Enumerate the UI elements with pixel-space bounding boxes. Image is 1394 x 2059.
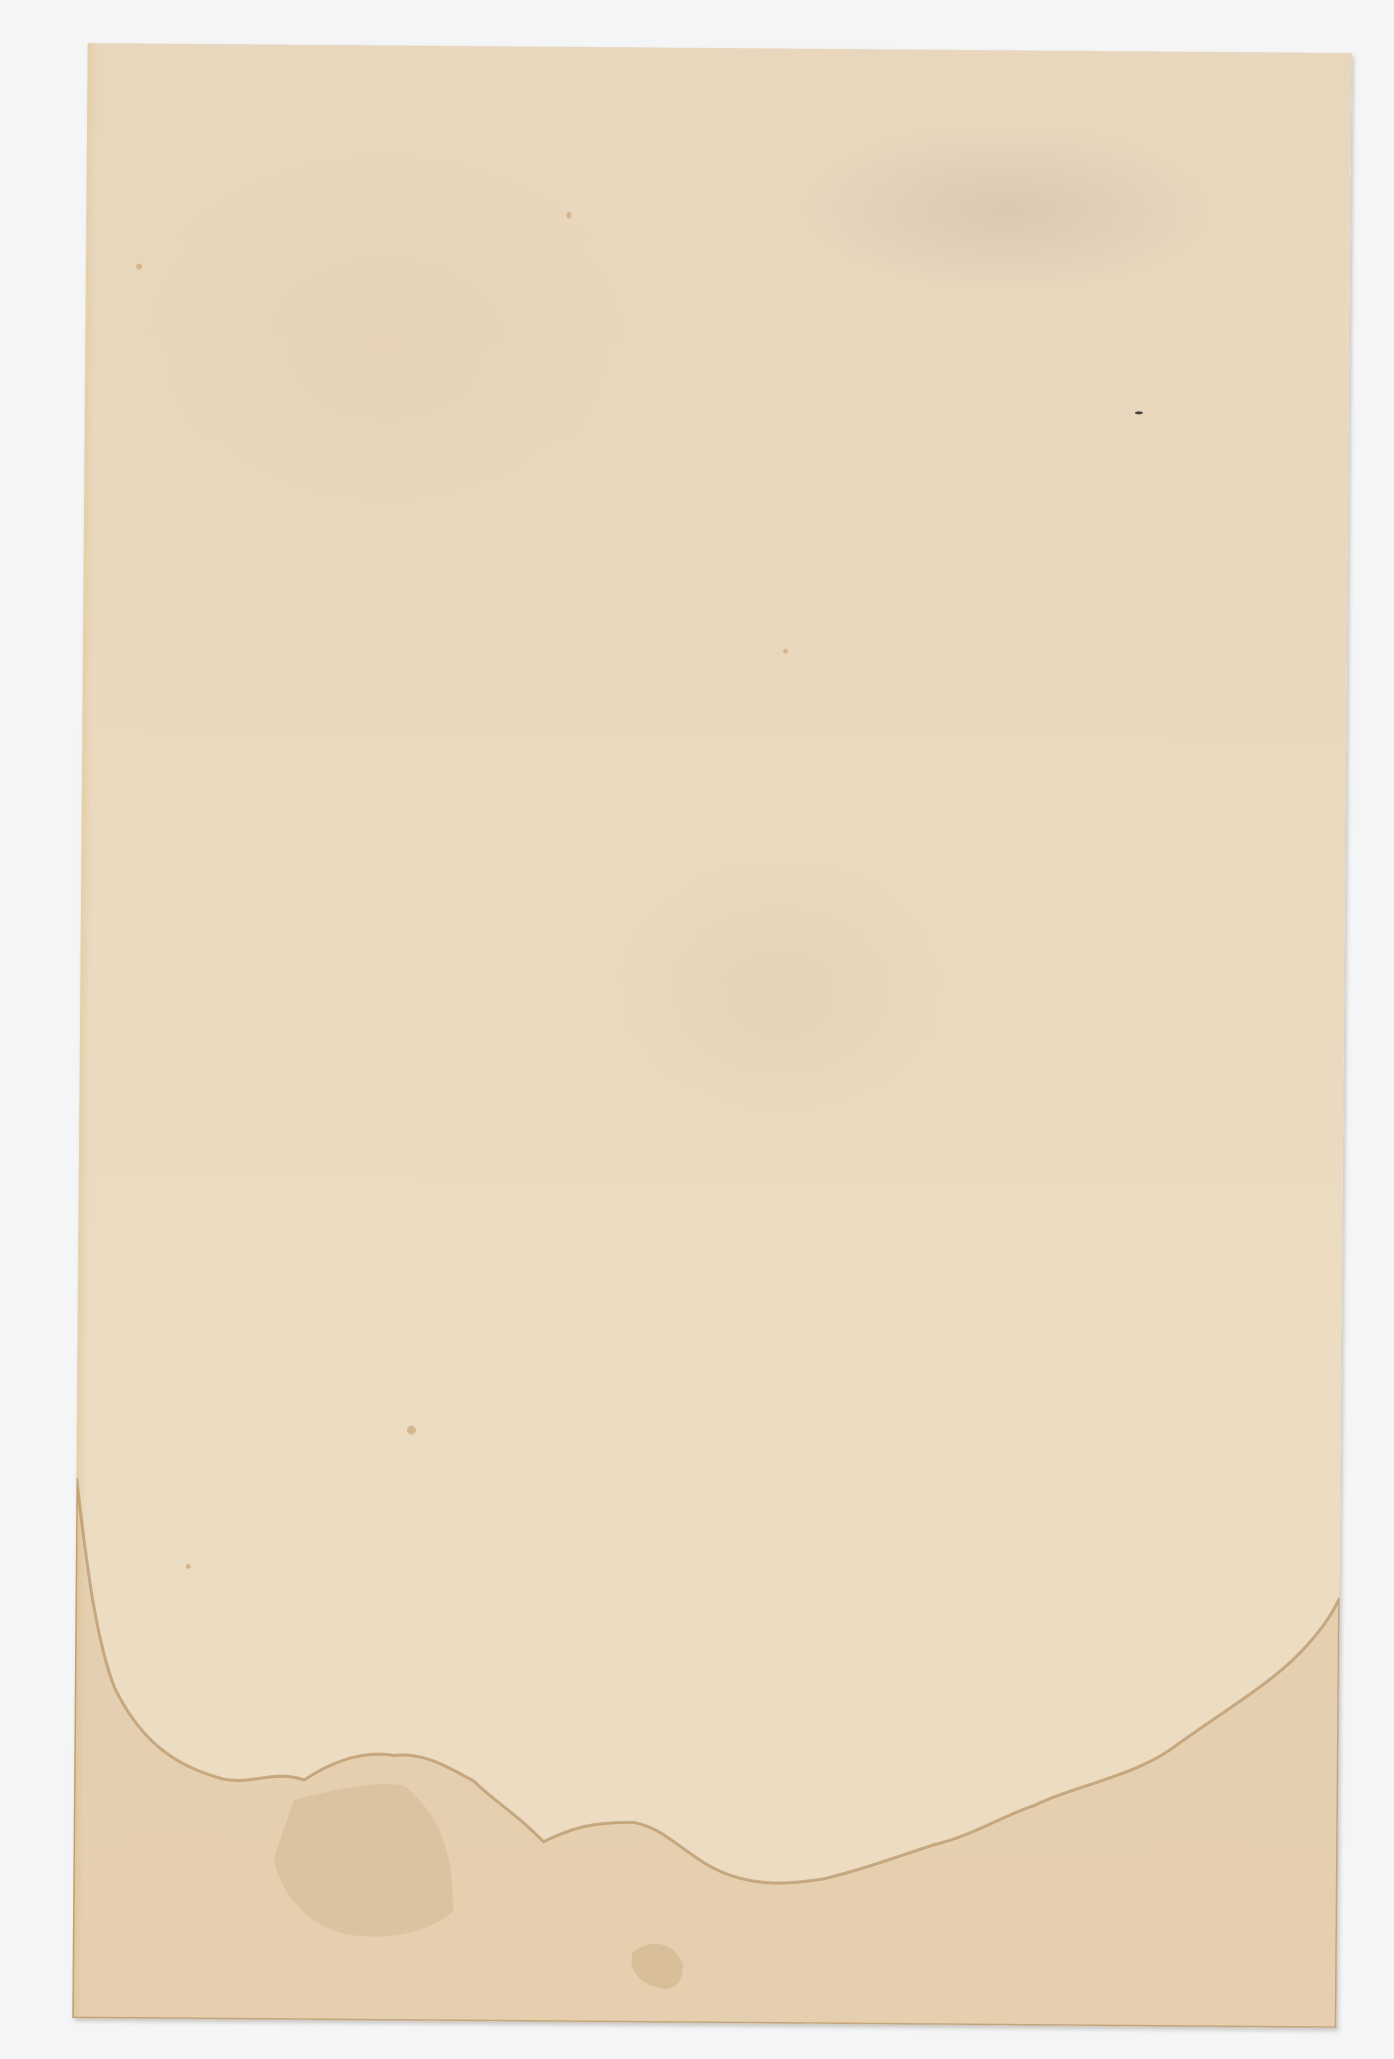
aged-paper-card: [72, 43, 1351, 2028]
water-stain: [72, 1478, 1340, 2028]
foxing-spot: [1135, 411, 1143, 414]
foxing-spot: [136, 263, 142, 269]
foxing-spot: [783, 649, 788, 654]
foxing-spot: [407, 1426, 416, 1435]
foxing-spot: [566, 212, 571, 219]
foxing-spot: [186, 1564, 191, 1569]
